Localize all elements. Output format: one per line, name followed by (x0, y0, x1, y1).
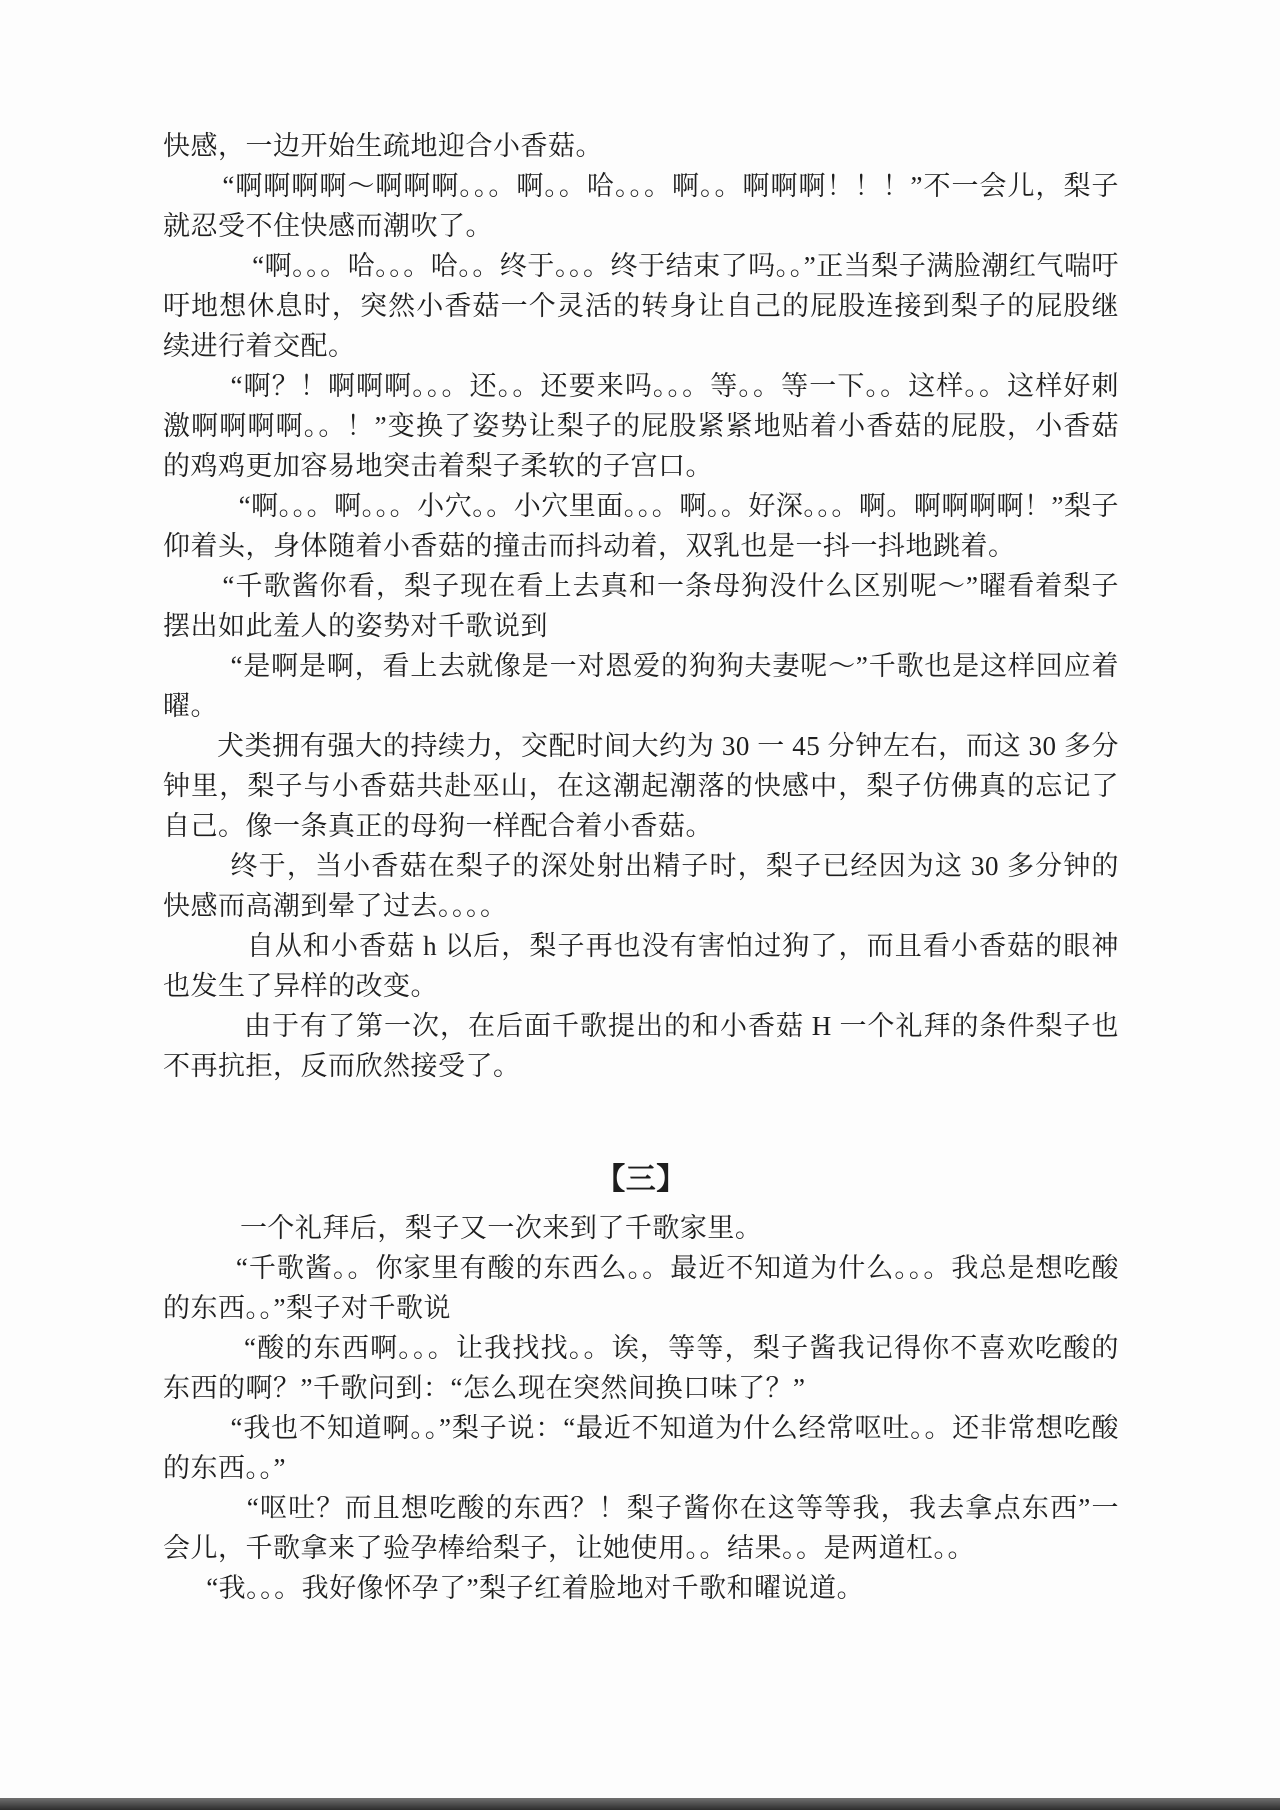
paragraph: “啊。。。啊。。。小穴。。小穴里面。。。啊。。好深。。。啊。啊啊啊啊！”梨子仰着… (163, 486, 1119, 566)
paragraph: 由于有了第一次，在后面千歌提出的和小香菇 H 一个礼拜的条件梨子也不再抗拒，反而… (163, 1006, 1119, 1086)
paragraph: “是啊是啊，看上去就像是一对恩爱的狗狗夫妻呢～”千歌也是这样回应着曜。 (163, 646, 1119, 726)
page-edge-shadow (0, 1798, 1280, 1810)
paragraph: “啊啊啊啊～啊啊啊。。。啊。。哈。。。啊。。啊啊啊！！！”不一会儿，梨子就忍受不… (163, 166, 1119, 246)
paragraph: “我也不知道啊。。”梨子说：“最近不知道为什么经常呕吐。。还非常想吃酸的东西。。… (163, 1408, 1119, 1488)
section-header: 【三】 (163, 1156, 1119, 1204)
document-content: 快感，一边开始生疏地迎合小香菇。 “啊啊啊啊～啊啊啊。。。啊。。哈。。。啊。。啊… (163, 126, 1119, 1608)
paragraph: “呕吐？而且想吃酸的东西？！梨子酱你在这等等我，我去拿点东西”一会儿，千歌拿来了… (163, 1488, 1119, 1568)
document-page: 快感，一边开始生疏地迎合小香菇。 “啊啊啊啊～啊啊啊。。。啊。。哈。。。啊。。啊… (0, 0, 1280, 1810)
paragraph: “我。。。我好像怀孕了”梨子红着脸地对千歌和曜说道。 (163, 1568, 1119, 1608)
paragraph: 一个礼拜后，梨子又一次来到了千歌家里。 (163, 1208, 1119, 1248)
paragraph: “酸的东西啊。。。让我找找。。诶，等等，梨子酱我记得你不喜欢吃酸的东西的啊？”千… (163, 1328, 1119, 1408)
paragraph: “千歌酱你看，梨子现在看上去真和一条母狗没什么区别呢～”曜看着梨子摆出如此羞人的… (163, 566, 1119, 646)
paragraph: 终于，当小香菇在梨子的深处射出精子时，梨子已经因为这 30 多分钟的快感而高潮到… (163, 846, 1119, 926)
paragraph: 快感，一边开始生疏地迎合小香菇。 (163, 126, 1119, 166)
paragraph: “啊？！啊啊啊。。。还。。还要来吗。。。等。。等一下。。这样。。这样好刺激啊啊啊… (163, 366, 1119, 486)
paragraph: “啊。。。哈。。。哈。。终于。。。终于结束了吗。。”正当梨子满脸潮红气喘吁吁地想… (163, 246, 1119, 366)
paragraph: “千歌酱。。你家里有酸的东西么。。最近不知道为什么。。。我总是想吃酸的东西。。”… (163, 1248, 1119, 1328)
paragraph: 自从和小香菇 h 以后，梨子再也没有害怕过狗了，而且看小香菇的眼神也发生了异样的… (163, 926, 1119, 1006)
paragraph: 犬类拥有强大的持续力，交配时间大约为 30 一 45 分钟左右，而这 30 多分… (163, 726, 1119, 846)
